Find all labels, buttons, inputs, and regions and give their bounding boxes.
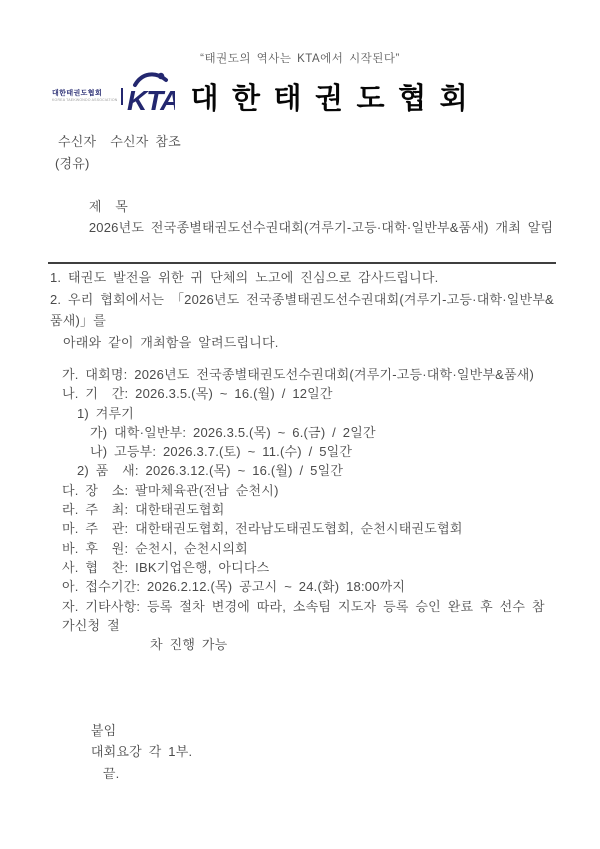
detail-supporter: 사. 협 찬: IBK기업은행, 아디다스 xyxy=(48,558,556,577)
end-mark: 끝. xyxy=(103,766,120,781)
detail-host: 라. 주 최: 대한태권도협회 xyxy=(48,500,556,519)
attachment-text: 대회요강 각 1부. xyxy=(91,744,192,759)
detail-event-name: 가. 대회명: 2026년도 전국종별태권도선수권대회(겨루기-고등·대학·일반… xyxy=(48,365,556,384)
via-line: (경유) xyxy=(48,153,556,175)
detail-period: 나. 기 간: 2026.3.5.(목) ~ 16.(월) / 12일간 xyxy=(48,384,556,403)
detail-kyorugi-univ: 가) 대학·일반부: 2026.3.5.(목) ~ 6.(금) / 2일간 xyxy=(48,423,556,442)
subject-label: 제 목 xyxy=(89,199,128,214)
subject-value: 2026년도 전국종별태권도선수권대회(겨루기-고등·대학·일반부&품새) 개최… xyxy=(89,220,553,235)
kta-logo-icon: KTA xyxy=(125,70,175,122)
detail-etc-continued: 차 진행 가능 xyxy=(48,635,556,654)
recipient-label: 수신자 xyxy=(58,131,96,153)
document-org-title: 대한태권도협회 xyxy=(191,76,482,117)
detail-etc: 자. 기타사항: 등록 절차 변경에 따라, 소속팀 지도자 등록 승인 완료 … xyxy=(48,597,556,636)
paragraph-1: 1. 태권도 발전을 위한 귀 단체의 노고에 진심으로 감사드립니다. xyxy=(48,267,556,289)
document-page: “태권도의 역사는 KTA에서 시작된다” 대한태권도협회 KOREA TAEK… xyxy=(0,0,600,849)
detail-list: 가. 대회명: 2026년도 전국종별태권도선수권대회(겨루기-고등·대학·일반… xyxy=(48,365,556,654)
subject-row: 제 목 2026년도 전국종별태권도선수권대회(겨루기-고등·대학·일반부&품새… xyxy=(48,174,556,264)
detail-poomsae: 2) 품 새: 2026.3.12.(목) ~ 16.(월) / 5일간 xyxy=(48,461,556,480)
detail-registration: 아. 접수기간: 2026.2.12.(목) 공고시 ~ 24.(화) 18:0… xyxy=(48,577,556,596)
org-name-korean: 대한태권도협회 xyxy=(52,90,118,98)
org-name-english: KOREA TAEKWONDO ASSOCIATION xyxy=(52,98,118,103)
detail-venue: 다. 장 소: 팔마체육관(전남 순천시) xyxy=(48,481,556,500)
attachment-line: 붙임 대회요강 각 1부. 끝. xyxy=(48,698,556,806)
document-body: 수신자 수신자 참조 (경유) 제 목 2026년도 전국종별태권도선수권대회(… xyxy=(48,131,556,806)
recipient-row: 수신자 수신자 참조 xyxy=(48,131,556,153)
recipient-value: 수신자 참조 xyxy=(110,131,181,153)
header-slogan: “태권도의 역사는 KTA에서 시작된다” xyxy=(0,50,600,66)
detail-kyorugi: 1) 겨루기 xyxy=(48,404,556,423)
detail-organizer: 마. 주 관: 대한태권도협회, 전라남도태권도협회, 순천시태권도협회 xyxy=(48,519,556,538)
paragraph-2-continued: 아래와 같이 개최함을 알려드립니다. xyxy=(48,332,556,354)
svg-text:KTA: KTA xyxy=(127,85,175,116)
detail-sponsor: 바. 후 원: 순천시, 순천시의회 xyxy=(48,539,556,558)
letterhead: 대한태권도협회 KOREA TAEKWONDO ASSOCIATION KTA … xyxy=(52,70,481,122)
detail-kyorugi-high: 나) 고등부: 2026.3.7.(토) ~ 11.(수) / 5일간 xyxy=(48,442,556,461)
kta-wordmark: 대한태권도협회 KOREA TAEKWONDO ASSOCIATION xyxy=(52,88,123,105)
paragraph-2: 2. 우리 협회에서는 「2026년도 전국종별태권도선수권대회(겨루기-고등·… xyxy=(48,289,556,332)
attachment-label: 붙임 xyxy=(91,723,117,738)
